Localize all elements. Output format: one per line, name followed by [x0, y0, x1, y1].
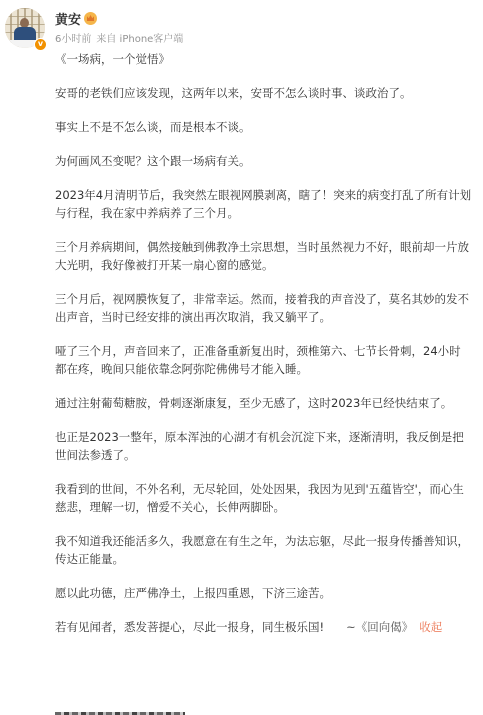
weibo-post: v 黄安 6小时前 来自 iPhone客户端 《一场病，一个觉悟》 安哥的老铁们… — [0, 0, 483, 715]
paragraph: 安哥的老铁们应该发现，这两年以来，安哥不怎么谈时事、谈政治了。 — [55, 84, 483, 102]
paragraph: 我不知道我还能活多久，我愿意在有生之年，为法忘躯，尽此一报身传播善知识，传达正能… — [55, 532, 483, 568]
paragraph: 愿以此功德，庄严佛净土，上报四重恩，下济三途苦。 — [55, 584, 483, 602]
post-meta: 6小时前 来自 iPhone客户端 — [55, 30, 183, 45]
verified-badge-icon: v — [34, 38, 47, 51]
paragraph: 也正是2023一整年，原本浑浊的心湖才有机会沉淀下来，逐渐清明，我反倒是把世间法… — [55, 428, 483, 464]
paragraph: 2023年4月清明节后，我突然左眼视网膜剥离，瞎了！突来的病变打乱了所有计划与行… — [55, 186, 483, 222]
signature: ~《回向偈》 — [346, 620, 413, 634]
author-name-row: 黄安 — [55, 9, 97, 28]
post-body: 《一场病，一个觉悟》 安哥的老铁们应该发现，这两年以来，安哥不怎么谈时事、谈政治… — [55, 50, 483, 636]
paragraph: 我看到的世间，不外名利，无尽轮回，处处因果，我因为见到'五蕴皆空'，而心生慈悲，… — [55, 480, 483, 516]
post-time[interactable]: 6小时前 — [55, 30, 91, 45]
post-title: 《一场病，一个觉悟》 — [55, 50, 483, 68]
paragraph: 三个月后，视网膜恢复了，非常幸运。然而，接着我的声音没了，莫名其妙的发不出声音，… — [55, 290, 483, 326]
post-source: 来自 iPhone客户端 — [96, 30, 183, 45]
last-paragraph: 若有见闻者，悉发菩提心，尽此一报身，同生极乐国!~《回向偈》收起 — [55, 618, 483, 636]
collapse-link[interactable]: 收起 — [419, 620, 442, 634]
author-name[interactable]: 黄安 — [55, 9, 81, 28]
last-line-text: 若有见闻者，悉发菩提心，尽此一报身，同生极乐国! — [55, 620, 324, 634]
crown-icon[interactable] — [84, 12, 97, 25]
paragraph: 三个月养病期间，偶然接触到佛教净土宗思想，当时虽然视力不好，眼前却一片放大光明，… — [55, 238, 483, 274]
paragraph: 通过注射葡萄糖胺，骨刺逐渐康复，至少无感了，这时2023年已经快结束了。 — [55, 394, 483, 412]
paragraph: 为何画风丕变呢？这个跟一场病有关。 — [55, 152, 483, 170]
paragraph: 哑了三个月，声音回来了，正准备重新复出时，颈椎第六、七节长骨刺，24小时都在疼，… — [55, 342, 483, 378]
paragraph: 事实上不是不怎么谈，而是根本不谈。 — [55, 118, 483, 136]
